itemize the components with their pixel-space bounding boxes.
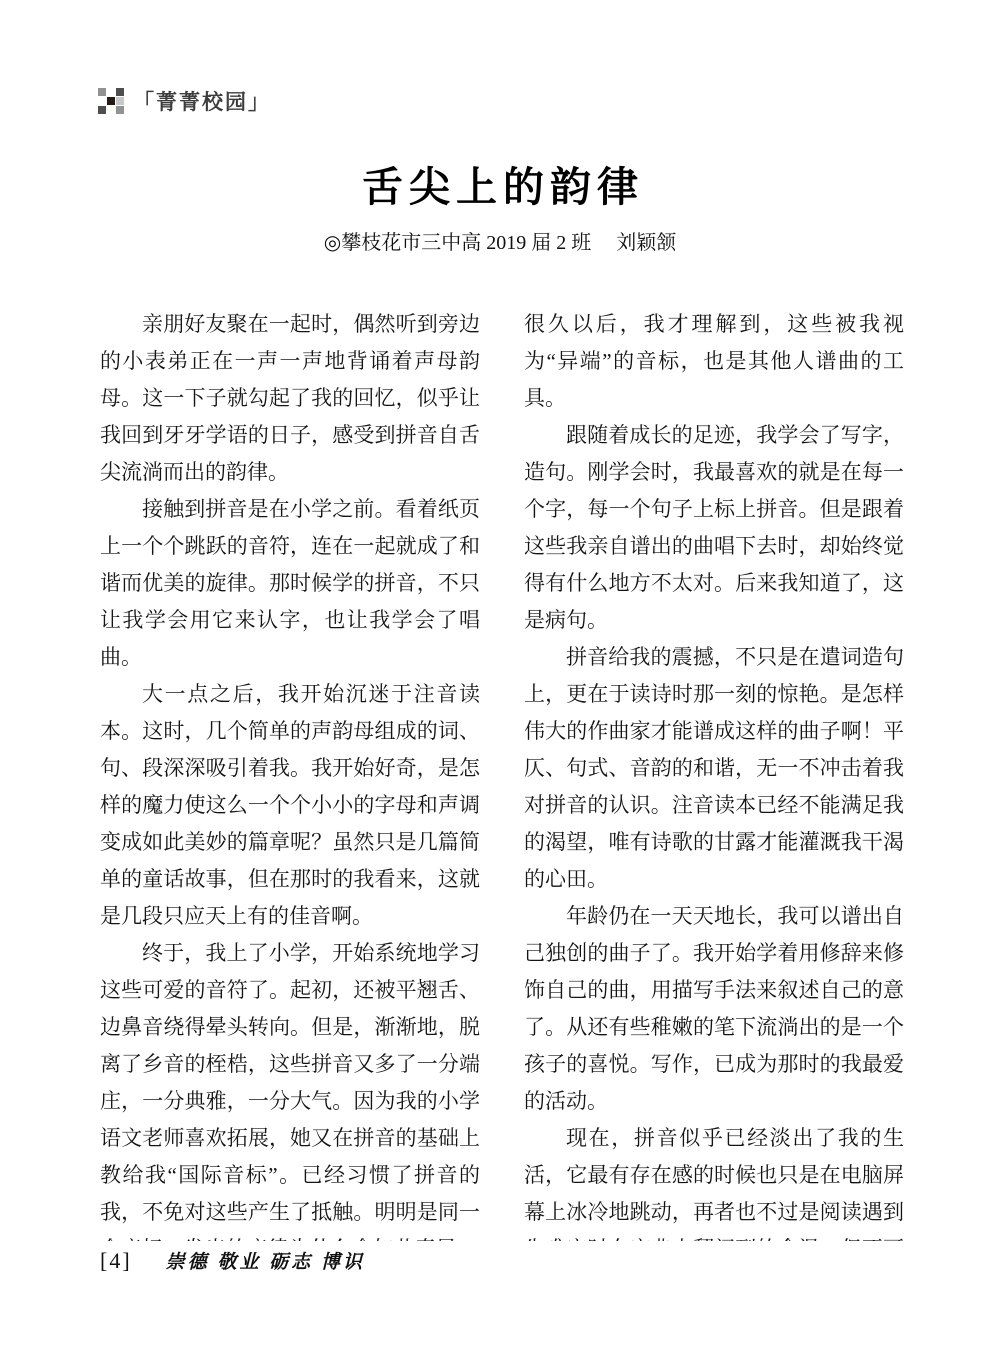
right-column: 很久以后，我才理解到，这些被我视为“异端”的音标，也是其他人谱曲的工具。跟随着成… [524, 306, 904, 1241]
article-body: 亲朋好友聚在一起时，偶然听到旁边的小表弟正在一声一声地背诵着声母韵母。这一下子就… [100, 306, 904, 1241]
section-title: 「菁菁校园」 [133, 86, 271, 116]
paragraph: 终于，我上了小学，开始系统地学习这些可爱的音符了。起初，还被平翘舌、边鼻音绕得晕… [100, 935, 480, 1241]
checker-logo-icon [98, 88, 124, 114]
paragraph: 亲朋好友聚在一起时，偶然听到旁边的小表弟正在一声一声地背诵着声母韵母。这一下子就… [100, 306, 480, 491]
section-header: 「菁菁校园」 [98, 86, 271, 116]
paragraph: 现在，拼音似乎已经淡出了我的生活，它最有存在感的时候也只是在电脑屏幕上冰冷地跳动… [524, 1120, 904, 1241]
paragraph: 年龄仍在一天天地长，我可以谱出自己独创的曲子了。我开始学着用修辞来修饰自己的曲，… [524, 898, 904, 1120]
paragraph: 大一点之后，我开始沉迷于注音读本。这时，几个简单的声韵母组成的词、句、段深深吸引… [100, 676, 480, 935]
article-byline: ◎攀枝花市三中高 2019 届 2 班 刘颖颔 [0, 226, 1000, 255]
left-column: 亲朋好友聚在一起时，偶然听到旁边的小表弟正在一声一声地背诵着声母韵母。这一下子就… [100, 306, 480, 1241]
paragraph: 接触到拼音是在小学之前。看着纸页上一个个跳跃的音符，连在一起就成了和谐而优美的旋… [100, 491, 480, 676]
page-number: [4] [100, 1248, 132, 1274]
paragraph: 很久以后，我才理解到，这些被我视为“异端”的音标，也是其他人谱曲的工具。 [524, 306, 904, 417]
footer-motto: 崇德 敬业 砺志 博识 [166, 1247, 365, 1274]
paragraph: 跟随着成长的足迹，我学会了写字，造句。刚学会时，我最喜欢的就是在每一个字，每一个… [524, 417, 904, 639]
article-title: 舌尖上的韵律 [0, 154, 1000, 213]
page-footer: [4] 崇德 敬业 砺志 博识 [100, 1247, 365, 1274]
paragraph: 拼音给我的震撼，不只是在遣词造句上，更在于读诗时那一刻的惊艳。是怎样伟大的作曲家… [524, 639, 904, 898]
magazine-page: 「菁菁校园」 舌尖上的韵律 ◎攀枝花市三中高 2019 届 2 班 刘颖颔 亲朋… [0, 0, 1000, 1357]
